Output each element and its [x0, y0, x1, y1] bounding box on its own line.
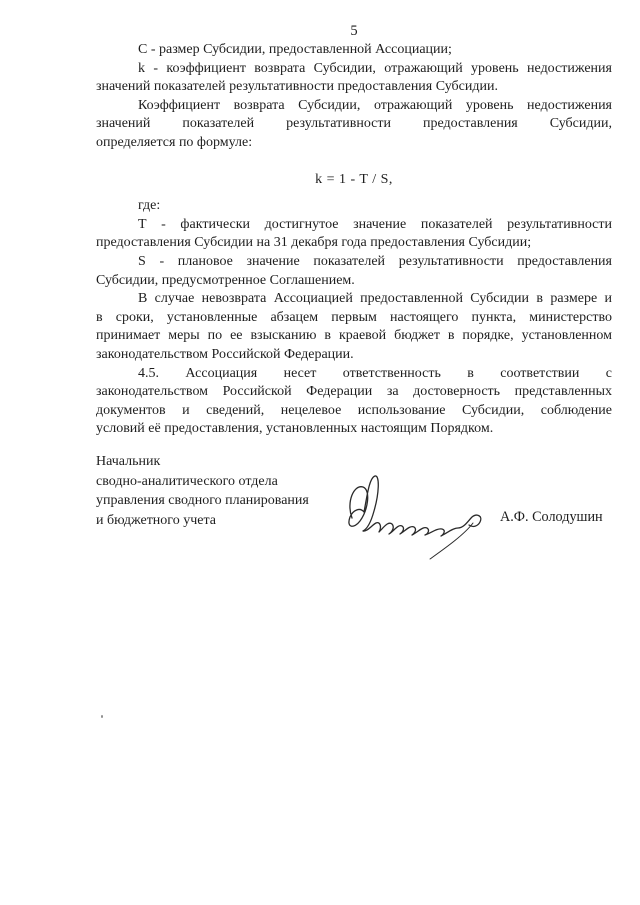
text-line: условий её предоставления, установленных…	[96, 420, 612, 439]
text-line: Коэффициент возврата Субсидии, отражающи…	[96, 97, 612, 116]
document-body: С - размер Субсидии, предоставленной Асс…	[96, 41, 612, 439]
text-line: k - коэффициент возврата Субсидии, отраж…	[96, 60, 612, 79]
text-line: значений показателей результативности пр…	[96, 115, 612, 134]
signer-name: А.Ф. Солодушин	[500, 509, 603, 526]
text-line: В случае невозврата Ассоциацией предоста…	[96, 290, 612, 309]
text-line: С - размер Субсидии, предоставленной Асс…	[96, 41, 612, 60]
text-line: S - плановое значение показателей резуль…	[96, 253, 612, 272]
document-page: 5 С - размер Субсидии, предоставленной А…	[0, 0, 640, 905]
text-line: значений показателей результативности пр…	[96, 78, 612, 97]
text-line: Субсидии, предусмотренное Соглашением.	[96, 272, 612, 291]
text-line: Т - фактически достигнутое значение пока…	[96, 216, 612, 235]
formula-line: k = 1 - T / S,	[96, 171, 612, 190]
text-line: определяется по формуле:	[96, 134, 612, 153]
scan-artifact-dot	[101, 715, 103, 718]
page-number: 5	[96, 22, 612, 40]
text-line: предоставления Субсидии на 31 декабря го…	[96, 234, 612, 253]
text-line: законодательством Российской Федерации з…	[96, 383, 612, 402]
text-line: документов и сведений, нецелевое использ…	[96, 402, 612, 421]
text-line: в сроки, установленные абзацем первым на…	[96, 309, 612, 328]
text-line: законодательством Российской Федерации.	[96, 346, 612, 365]
text-line: где:	[96, 197, 612, 216]
text-line: 4.5. Ассоциация несет ответственность в …	[96, 365, 612, 384]
handwritten-signature-icon	[334, 466, 494, 561]
text-line: принимает меры по ее взысканию в краевой…	[96, 327, 612, 346]
